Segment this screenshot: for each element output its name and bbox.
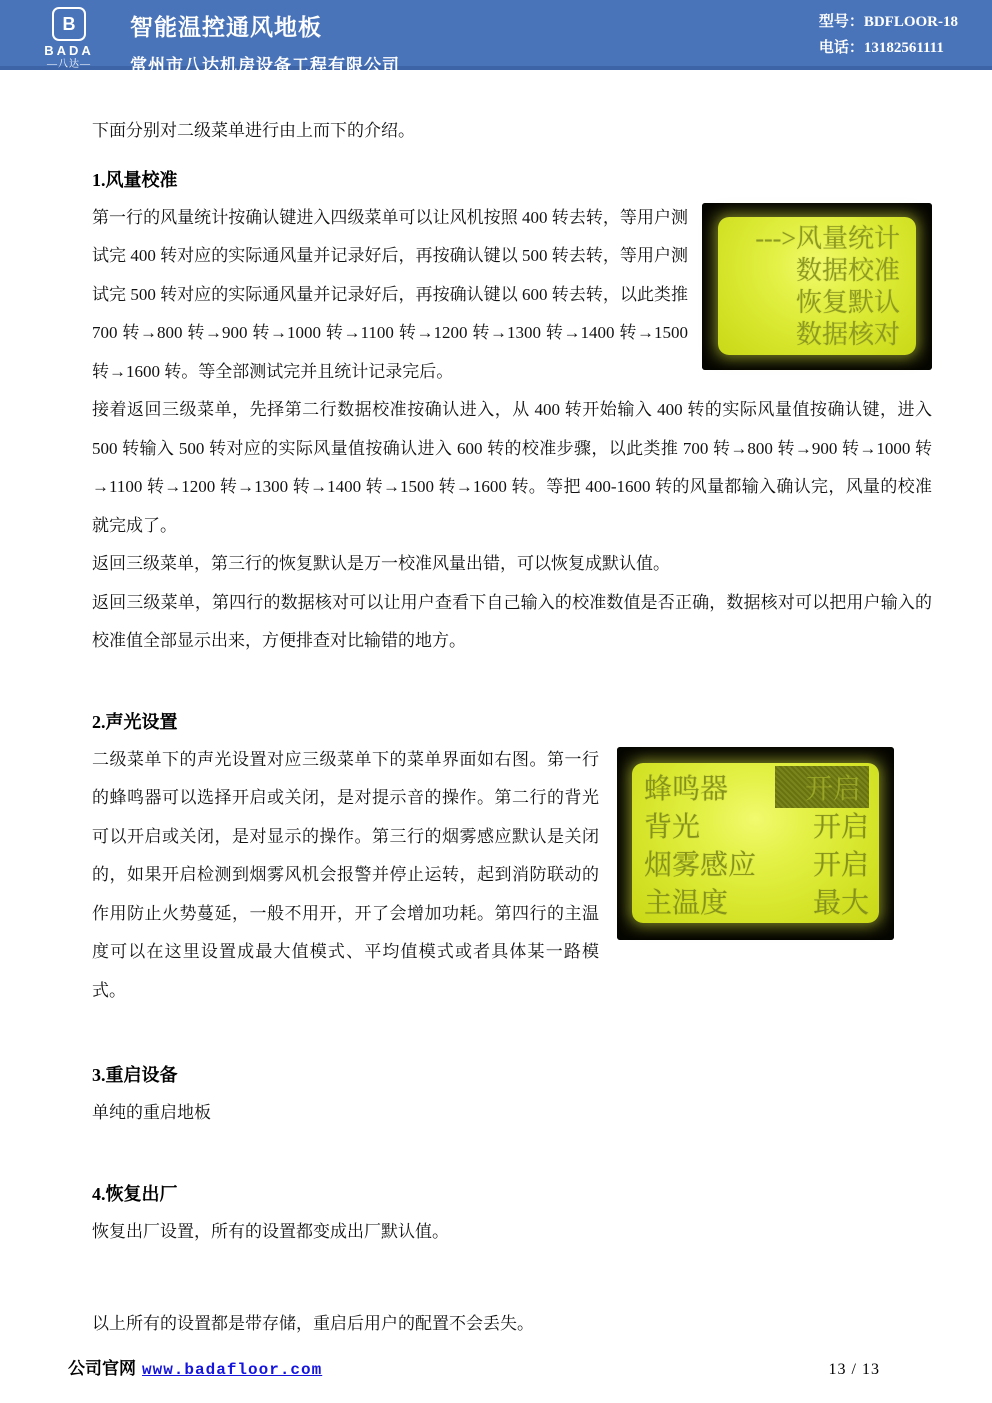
- page-footer: 公司官网www.badafloor.com 13 / 13: [68, 1354, 880, 1379]
- company-name: 常州市八达机房设备工程有限公司: [130, 51, 400, 76]
- header-titles: 智能温控通风地板 常州市八达机房设备工程有限公司: [130, 5, 400, 76]
- bada-logo-icon: B: [52, 7, 86, 41]
- logo-name: BADA: [28, 44, 110, 57]
- lcd-menu-photo: --->风量统计 数据校准 恢复默认 数据核对: [702, 203, 932, 370]
- lcd-settings-photo: 蜂鸣器 开启 背光 开启 烟雾感应 开启 主温度 最大: [617, 747, 894, 940]
- section-2-heading: 2.声光设置: [92, 709, 932, 735]
- lcd-setting-value: 开启: [813, 843, 869, 883]
- section-4-heading: 4.恢复出厂: [92, 1181, 932, 1207]
- lcd-setting-value: 开启: [813, 805, 869, 845]
- company-logo: B BADA —八达—: [28, 5, 110, 70]
- paragraph: 单纯的重启地板: [92, 1094, 932, 1133]
- lcd-screen: 蜂鸣器 开启 背光 开启 烟雾感应 开启 主温度 最大: [632, 763, 879, 923]
- site-info: 公司官网www.badafloor.com: [68, 1354, 322, 1379]
- lcd-setting-label: 主温度: [644, 881, 728, 921]
- lcd-row: 主温度 最大: [644, 882, 869, 920]
- intro-paragraph: 下面分别对二级菜单进行由上而下的介绍。: [92, 112, 932, 151]
- lcd-line: 数据校准: [728, 255, 900, 287]
- site-label: 公司官网: [68, 1359, 136, 1378]
- paragraph: 恢复出厂设置，所有的设置都变成出厂默认值。: [92, 1213, 932, 1252]
- phone-number: 电话：13182561111: [819, 35, 958, 61]
- lcd-line: --->风量统计: [728, 223, 900, 255]
- website-link[interactable]: www.badafloor.com: [142, 1361, 322, 1379]
- lcd-setting-value: 最大: [813, 881, 869, 921]
- lcd-row: 蜂鸣器 开启: [644, 768, 869, 806]
- lcd-setting-label: 蜂鸣器: [644, 767, 728, 807]
- manual-page: B BADA —八达— 智能温控通风地板 常州市八达机房设备工程有限公司 型号：…: [0, 0, 992, 1403]
- lcd-setting-label: 烟雾感应: [644, 843, 756, 883]
- document-body: 下面分别对二级菜单进行由上而下的介绍。 1.风量校准 --->风量统计 数据校准…: [0, 112, 992, 1344]
- page-header: B BADA —八达— 智能温控通风地板 常州市八达机房设备工程有限公司 型号：…: [0, 0, 992, 70]
- paragraph: 接着返回三级菜单，先择第二行数据校准按确认进入，从 400 转开始输入 400 …: [92, 391, 932, 545]
- page-number: 13 / 13: [829, 1361, 880, 1379]
- section-3-heading: 3.重启设备: [92, 1062, 932, 1088]
- paragraph: 返回三级菜单，第四行的数据核对可以让用户查看下自己输入的校准数值是否正确，数据核…: [92, 584, 932, 661]
- lcd-setting-value: 开启: [775, 766, 869, 808]
- logo-subname: —八达—: [28, 60, 110, 70]
- lcd-row: 烟雾感应 开启: [644, 844, 869, 882]
- paragraph: 返回三级菜单，第三行的恢复默认是万一校准风量出错，可以恢复成默认值。: [92, 545, 932, 584]
- lcd-screen: --->风量统计 数据校准 恢复默认 数据核对: [718, 217, 916, 355]
- lcd-line: 恢复默认: [728, 287, 900, 319]
- model-number: 型号：BDFLOOR-18: [819, 9, 958, 35]
- logo-letter: B: [63, 15, 76, 33]
- header-meta: 型号：BDFLOOR-18 电话：13182561111: [819, 9, 958, 61]
- lcd-row: 背光 开启: [644, 806, 869, 844]
- section-1-heading: 1.风量校准: [92, 167, 932, 193]
- section-1-body: --->风量统计 数据校准 恢复默认 数据核对 第一行的风量统计按确认键进入四级…: [92, 199, 932, 661]
- lcd-setting-label: 背光: [644, 805, 700, 845]
- product-title: 智能温控通风地板: [130, 9, 400, 42]
- section-2-body: 蜂鸣器 开启 背光 开启 烟雾感应 开启 主温度 最大: [92, 741, 932, 1011]
- lcd-line: 数据核对: [728, 319, 900, 351]
- closing-note: 以上所有的设置都是带存储，重启后用户的配置不会丢失。: [92, 1305, 932, 1344]
